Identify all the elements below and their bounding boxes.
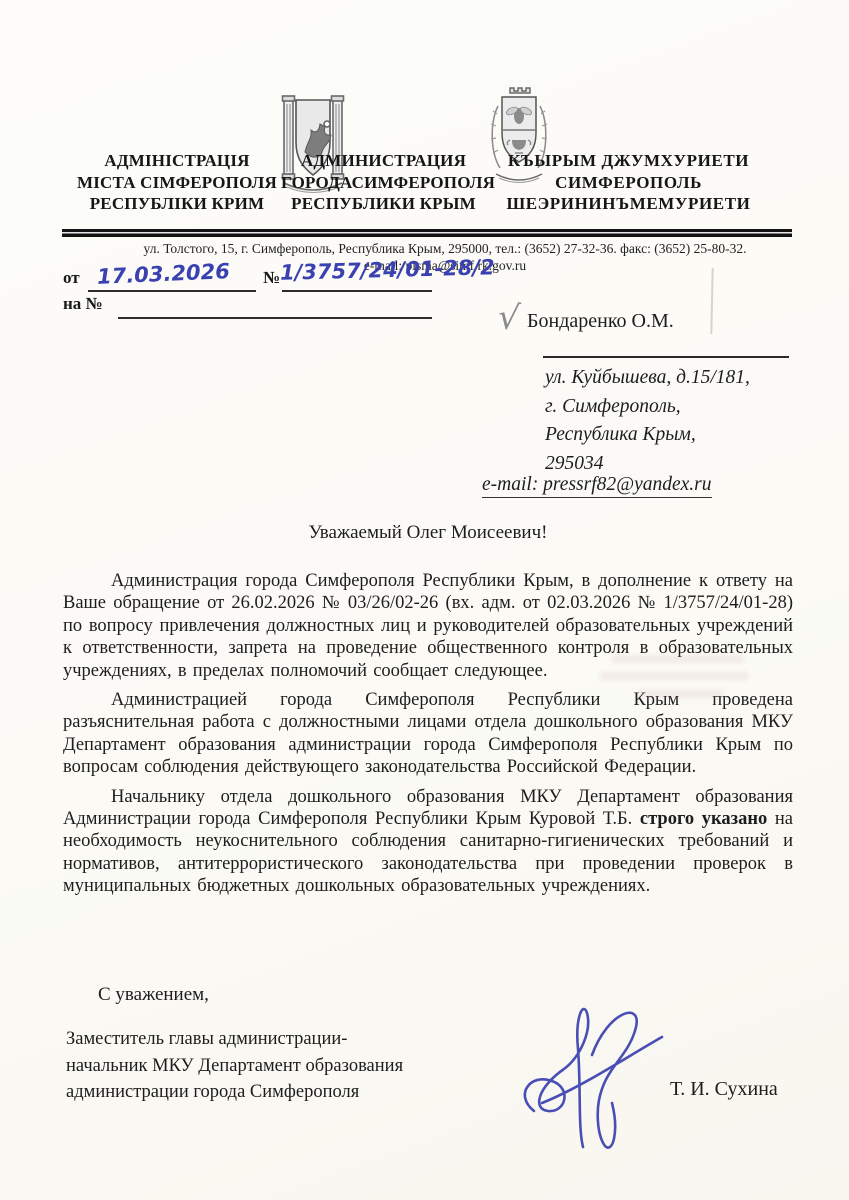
ref-number-underline	[282, 290, 432, 292]
ref-number-label: №	[263, 268, 280, 288]
ref-reply-underline	[118, 317, 432, 319]
org-qr-line3: ШЕЭРИНИНЪМЕМУРИЕТИ	[476, 193, 781, 215]
salutation: Уважаемый Олег Моисеевич!	[63, 522, 793, 544]
ref-from-label: от	[63, 268, 80, 288]
org-uk-line1: АДМІНІСТРАЦІЯ	[72, 150, 282, 172]
paragraph-1: Администрация города Симферополя Республ…	[63, 570, 793, 682]
paper-crease	[710, 268, 713, 334]
paragraph-2: Администрацией города Симферополя Респуб…	[63, 689, 793, 779]
recipient-name: Бондаренко О.М.	[527, 310, 674, 333]
org-name-russian: АДМИНИСТРАЦИЯ ГОРОДАСИМФЕРОПОЛЯ РЕСПУБЛИ…	[281, 150, 486, 215]
org-uk-line2: МІСТА СІМФЕРОПОЛЯ	[72, 172, 282, 194]
contact-address-line: ул. Толстого, 15, г. Симферополь, Респуб…	[95, 240, 795, 257]
org-ru-line1: АДМИНИСТРАЦИЯ	[281, 150, 486, 172]
recipient-separator-line	[543, 356, 789, 358]
signature-ink-icon	[512, 993, 672, 1158]
recipient-address-line: ул. Куйбышева, д.15/181,	[545, 364, 750, 393]
letterhead-divider-rule	[62, 229, 792, 237]
bleed-through-artifact	[600, 672, 748, 680]
ref-reply-label: на №	[63, 294, 103, 314]
org-ru-line3: РЕСПУБЛИКИ КРЫМ	[281, 193, 486, 215]
scanned-letter-page: АДМІНІСТРАЦІЯ МІСТА СІМФЕРОПОЛЯ РЕСПУБЛІ…	[0, 0, 849, 1200]
org-qr-line1: КЪЫРЫМ ДЖУМХУРИЕТИ	[476, 150, 781, 172]
letter-body: Уважаемый Олег Моисеевич! Администрация …	[63, 522, 793, 905]
closing-phrase: С уважением,	[98, 984, 209, 1006]
paragraph-3-bold-emphasis: строго указано	[640, 809, 767, 829]
org-qr-line2: СИМФЕРОПОЛЬ	[476, 172, 781, 194]
recipient-address-line: Республика Крым,	[545, 421, 750, 450]
signer-position-line: администрации города Симферополя	[66, 1079, 403, 1106]
signer-position-line: начальник МКУ Департамент образования	[66, 1053, 403, 1080]
bleed-through-artifact	[638, 690, 724, 698]
ref-date-underline	[88, 290, 256, 292]
signer-position-line: Заместитель главы администрации-	[66, 1026, 403, 1053]
org-name-crimean-tatar: КЪЫРЫМ ДЖУМХУРИЕТИ СИМФЕРОПОЛЬ ШЕЭРИНИНЪ…	[476, 150, 781, 215]
checkmark-icon: √	[496, 297, 522, 339]
paragraph-3: Начальнику отдела дошкольного образовани…	[63, 786, 793, 898]
ref-number-handwritten: 1/3757/24/01-28/2	[280, 255, 495, 285]
org-ru-line2: ГОРОДАСИМФЕРОПОЛЯ	[281, 172, 486, 194]
recipient-address-line: г. Симферополь,	[545, 393, 750, 422]
signer-name: Т. И. Сухина	[670, 1078, 778, 1101]
org-name-ukrainian: АДМІНІСТРАЦІЯ МІСТА СІМФЕРОПОЛЯ РЕСПУБЛІ…	[72, 150, 282, 215]
ref-date-handwritten: 17.03.2026	[97, 259, 231, 289]
org-uk-line3: РЕСПУБЛІКИ КРИМ	[72, 193, 282, 215]
recipient-email: e-mail: pressrf82@yandex.ru	[482, 474, 712, 498]
recipient-address: ул. Куйбышева, д.15/181, г. Симферополь,…	[545, 364, 750, 478]
bleed-through-artifact	[612, 655, 744, 663]
signer-position: Заместитель главы администрации- начальн…	[66, 1026, 403, 1106]
